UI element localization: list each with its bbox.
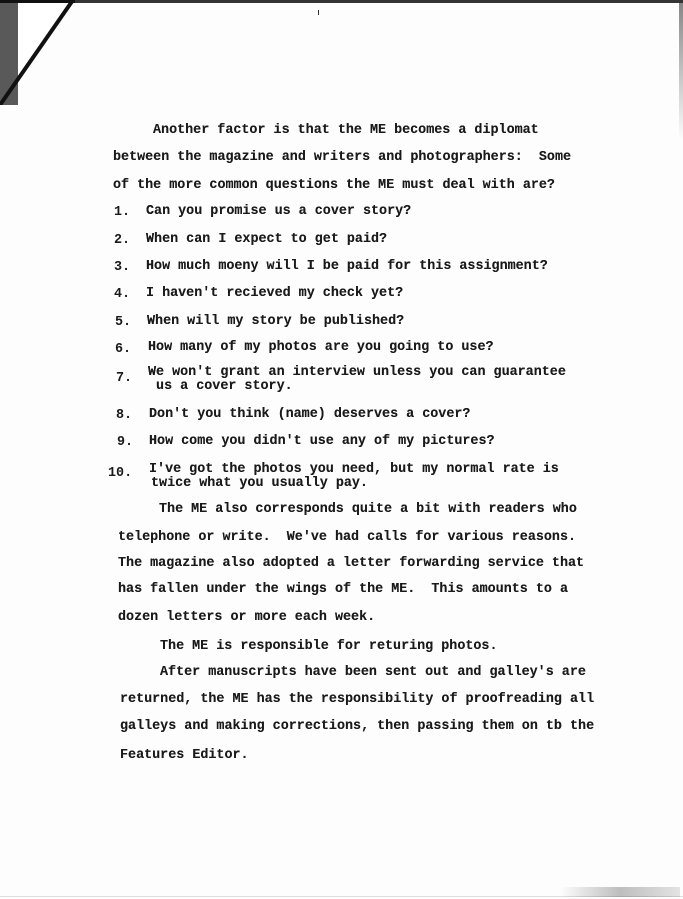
- paragraph-line: between the magazine and writers and pho…: [113, 150, 571, 166]
- paragraph-line: dozen letters or more each week.: [118, 610, 375, 626]
- list-number: 2.: [114, 233, 130, 249]
- scan-mark: [318, 10, 319, 15]
- list-number: 10.: [108, 466, 132, 482]
- list-number: 8.: [116, 408, 132, 424]
- paragraph-line: The ME also corresponds quite a bit with…: [159, 502, 577, 518]
- paragraph-line: The ME is responsible for returing photo…: [160, 639, 498, 655]
- list-number: 9.: [117, 435, 133, 451]
- paragraph-line: telephone or write. We've had calls for …: [118, 530, 576, 546]
- page-right-edge: [679, 0, 683, 140]
- page-top-edge: [70, 0, 683, 3]
- paragraph-line: Another factor is that the ME becomes a …: [153, 123, 539, 139]
- list-text: How many of my photos are you going to u…: [148, 340, 494, 356]
- list-text: When can I expect to get paid?: [146, 232, 387, 248]
- paragraph-line: galleys and making corrections, then pas…: [120, 719, 594, 735]
- list-text: How much moeny will I be paid for this a…: [146, 259, 548, 275]
- scan-smudge: [560, 887, 680, 897]
- paragraph-line: Features Editor.: [120, 748, 249, 764]
- list-number: 3.: [114, 260, 130, 276]
- folded-corner-shadow: [0, 0, 75, 105]
- paragraph-line: has fallen under the wings of the ME. Th…: [118, 582, 568, 598]
- list-text: twice what you usually pay.: [151, 476, 368, 492]
- paragraph-line: of the more common questions the ME must…: [113, 178, 555, 194]
- list-number: 4.: [114, 287, 130, 303]
- list-number: 5.: [115, 315, 131, 331]
- list-text: Don't you think (name) deserves a cover?: [149, 407, 470, 423]
- list-text: When will my story be published?: [147, 314, 404, 330]
- paragraph-line: The magazine also adopted a letter forwa…: [118, 556, 584, 572]
- list-number: 7.: [116, 371, 132, 387]
- list-number: 6.: [115, 342, 131, 358]
- list-number: 1.: [114, 205, 130, 221]
- typewritten-page: Another factor is that the ME becomes a …: [0, 0, 683, 899]
- list-text: I haven't recieved my check yet?: [146, 286, 403, 302]
- paragraph-line: After manuscripts have been sent out and…: [160, 665, 586, 681]
- list-text: Can you promise us a cover story?: [146, 204, 411, 220]
- paragraph-line: returned, the ME has the responsibility …: [120, 692, 594, 708]
- list-text: How come you didn't use any of my pictur…: [149, 434, 495, 450]
- list-text: us a cover story.: [148, 379, 293, 395]
